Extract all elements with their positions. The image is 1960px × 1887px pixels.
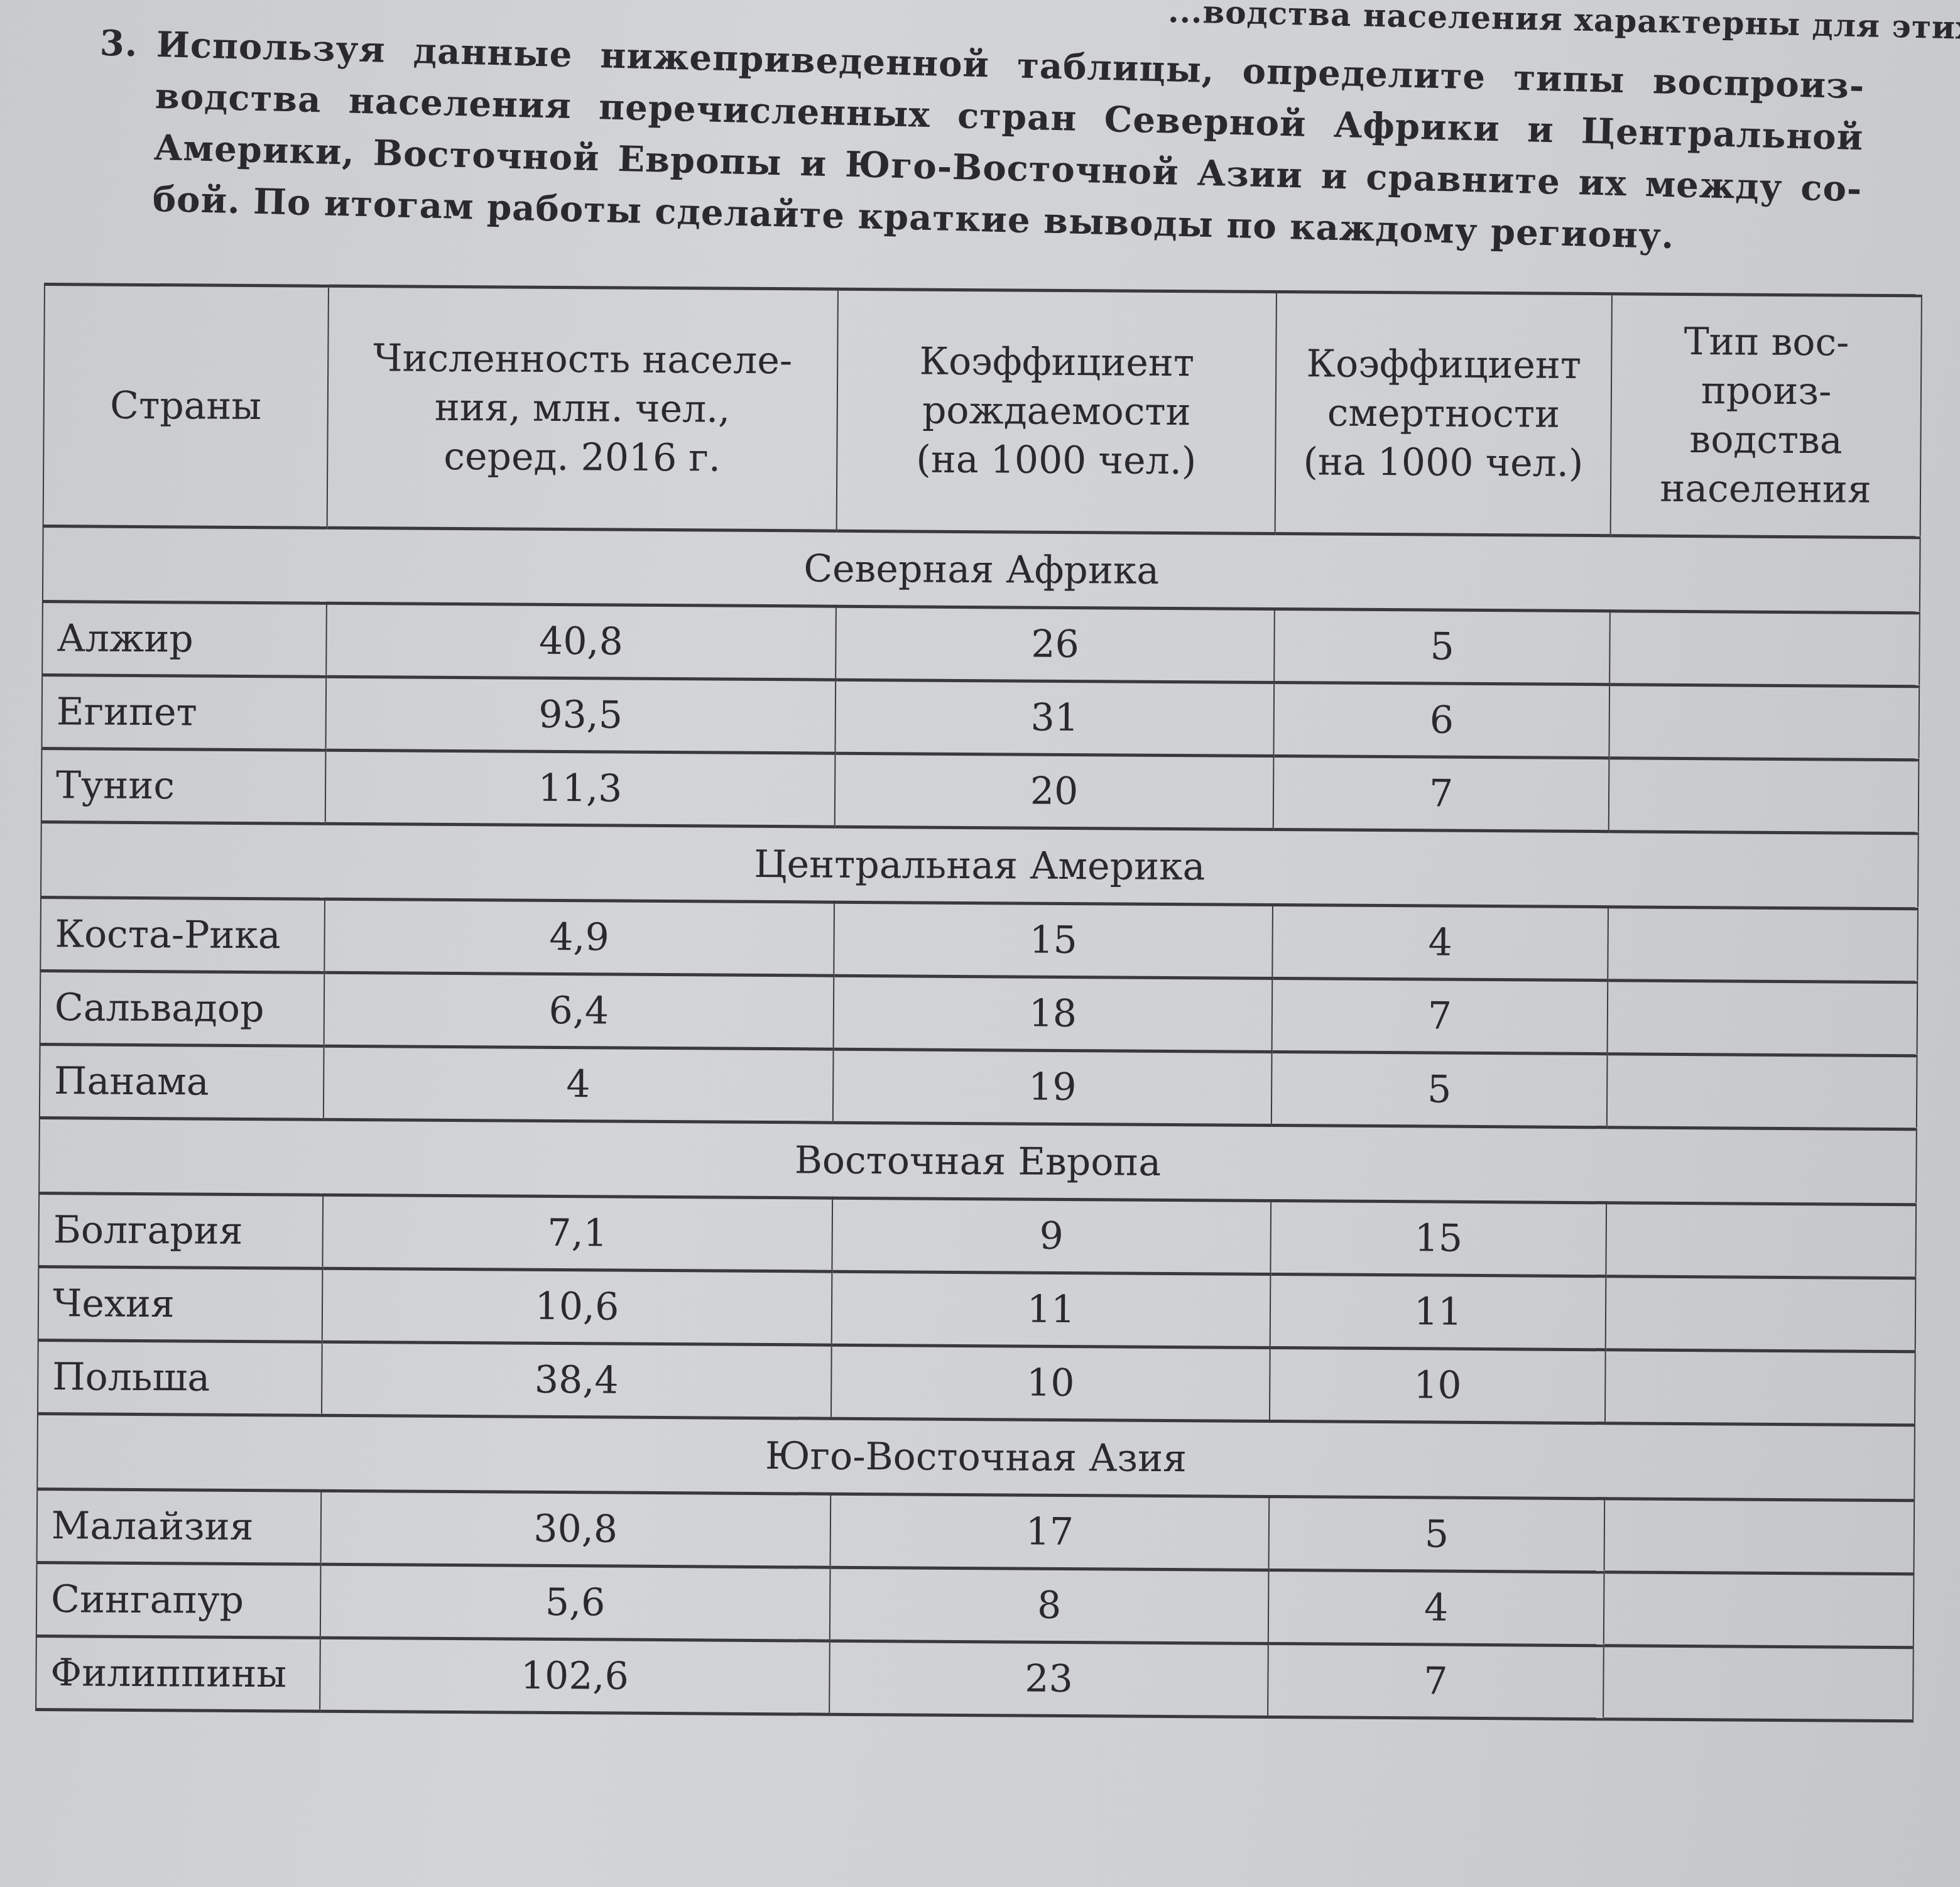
table-row: Алжир 40,8 26 5 <box>42 601 1920 686</box>
cell-death-rate: 11 <box>1270 1274 1606 1349</box>
header-birth-rate: Коэффициент рождаемости (на 1000 чел.) <box>837 289 1277 533</box>
cell-birth-rate: 15 <box>834 902 1273 978</box>
cell-death-rate: 7 <box>1272 978 1608 1053</box>
header-country: Страны <box>43 285 329 528</box>
region-row: Северная Африка <box>43 526 1920 612</box>
cell-population: 30,8 <box>320 1491 830 1567</box>
header-line: водства <box>1621 415 1910 465</box>
cell-birth-rate: 11 <box>832 1271 1271 1347</box>
cell-reproduction-type <box>1609 611 1920 687</box>
region-row: Восточная Европа <box>39 1118 1917 1204</box>
header-line: произ- <box>1622 366 1910 416</box>
cell-birth-rate: 9 <box>832 1198 1271 1274</box>
cell-population: 38,4 <box>322 1342 832 1418</box>
cell-population: 4,9 <box>324 899 834 976</box>
cell-reproduction-type <box>1603 1646 1914 1721</box>
cell-reproduction-type <box>1607 1054 1917 1129</box>
cell-birth-rate: 10 <box>831 1345 1270 1421</box>
task-text: Используя данные нижеприведенной таблицы… <box>152 19 1865 266</box>
table-row: Польша 38,4 10 10 <box>38 1340 1915 1425</box>
cell-birth-rate: 26 <box>836 606 1275 682</box>
cell-birth-rate: 8 <box>830 1567 1269 1643</box>
header-line: ния, млн. чел., <box>338 383 827 435</box>
cell-birth-rate: 19 <box>833 1049 1272 1125</box>
cell-birth-rate: 31 <box>835 680 1274 756</box>
cell-reproduction-type <box>1604 1572 1914 1648</box>
textbook-page: ...водства населения характерны для этих… <box>0 0 1960 1887</box>
cell-country: Чехия <box>38 1266 322 1342</box>
cell-country: Филиппины <box>36 1636 320 1711</box>
cell-reproduction-type <box>1605 1350 1915 1425</box>
table-row: Сингапур 5,6 8 4 <box>36 1562 1914 1647</box>
header-line: Численность населе- <box>339 334 827 386</box>
cell-country: Коста-Рика <box>40 897 324 972</box>
cell-population: 4 <box>324 1046 834 1123</box>
header-line: рождаемости <box>847 386 1265 437</box>
cell-country: Сингапур <box>36 1562 320 1638</box>
cell-population: 102,6 <box>320 1638 830 1714</box>
cell-reproduction-type <box>1606 1276 1916 1352</box>
cell-reproduction-type <box>1609 685 1920 760</box>
reproduction-table: Страны Численность населе- ния, млн. чел… <box>35 283 1922 1722</box>
task-number: 3. <box>99 18 138 70</box>
cell-country: Польша <box>38 1340 322 1415</box>
cell-death-rate: 5 <box>1269 1496 1605 1572</box>
header-line: Тип вос- <box>1622 317 1910 367</box>
region-name: Северная Африка <box>43 526 1920 612</box>
table-body: Северная Африка Алжир 40,8 26 5 Египет 9… <box>36 526 1920 1721</box>
header-line: Коэффициент <box>848 337 1266 388</box>
cell-reproduction-type <box>1604 1499 1915 1574</box>
header-line: (на 1000 чел.) <box>1286 437 1600 488</box>
cell-country: Панама <box>40 1044 324 1119</box>
cell-population: 5,6 <box>320 1564 830 1641</box>
header-reproduction-type: Тип вос- произ- водства населения <box>1611 294 1922 538</box>
cell-death-rate: 5 <box>1274 609 1610 684</box>
task-3: 3. Используя данные нижеприведенной табл… <box>152 19 1865 266</box>
cell-birth-rate: 18 <box>834 976 1273 1052</box>
header-line: (на 1000 чел.) <box>847 435 1265 486</box>
previous-task-fragment: ...водства населения характерны для этих <box>1168 0 1960 46</box>
table-row: Чехия 10,6 11 11 <box>38 1266 1916 1351</box>
cell-reproduction-type <box>1606 1203 1916 1278</box>
cell-population: 10,6 <box>322 1268 832 1345</box>
cell-death-rate: 4 <box>1268 1570 1604 1645</box>
header-population: Численность населе- ния, млн. чел., сере… <box>327 286 838 531</box>
cell-country: Болгария <box>38 1193 322 1268</box>
cell-population: 7,1 <box>322 1195 832 1271</box>
cell-country: Алжир <box>42 601 326 677</box>
header-line: смертности <box>1287 388 1601 439</box>
cell-death-rate: 7 <box>1268 1643 1604 1719</box>
header-line: Коэффициент <box>1287 339 1601 390</box>
cell-birth-rate: 20 <box>835 753 1274 829</box>
region-name: Восточная Европа <box>39 1118 1917 1204</box>
table-header-row: Страны Численность населе- ния, млн. чел… <box>43 285 1922 538</box>
cell-birth-rate: 23 <box>829 1641 1268 1717</box>
region-row: Центральная Америка <box>41 822 1919 908</box>
header-death-rate: Коэффициент смертности (на 1000 чел.) <box>1275 291 1612 535</box>
cell-reproduction-type <box>1608 981 1918 1056</box>
cell-country: Сальвадор <box>40 971 324 1046</box>
table-row: Малайзия 30,8 17 5 <box>37 1489 1915 1574</box>
region-name: Юго-Восточная Азия <box>37 1413 1915 1500</box>
table-row: Египет 93,5 31 6 <box>41 675 1919 759</box>
cell-population: 6,4 <box>324 972 834 1049</box>
cell-death-rate: 7 <box>1273 756 1609 831</box>
cell-country: Тунис <box>41 748 325 824</box>
cell-death-rate: 5 <box>1271 1052 1608 1127</box>
header-line: населения <box>1621 464 1910 514</box>
cell-country: Малайзия <box>37 1489 321 1564</box>
cell-population: 40,8 <box>326 603 836 680</box>
cell-population: 11,3 <box>325 750 836 827</box>
table-row: Тунис 11,3 20 7 <box>41 748 1919 833</box>
region-row: Юго-Восточная Азия <box>37 1413 1915 1500</box>
cell-birth-rate: 17 <box>830 1494 1269 1570</box>
table-row: Филиппины 102,6 23 7 <box>36 1636 1914 1721</box>
region-name: Центральная Америка <box>41 822 1919 908</box>
table-row: Коста-Рика 4,9 15 4 <box>40 897 1918 982</box>
cell-country: Египет <box>41 675 325 750</box>
table-row: Сальвадор 6,4 18 7 <box>40 971 1918 1055</box>
header-line: серед. 2016 г. <box>338 432 827 484</box>
cell-reproduction-type <box>1609 758 1919 834</box>
table-row: Болгария 7,1 9 15 <box>38 1193 1916 1278</box>
table-row: Панама 4 19 5 <box>40 1044 1917 1129</box>
cell-population: 93,5 <box>325 677 836 753</box>
cell-death-rate: 4 <box>1272 905 1608 980</box>
cell-death-rate: 15 <box>1271 1200 1607 1276</box>
cell-death-rate: 6 <box>1274 682 1610 758</box>
cell-death-rate: 10 <box>1270 1347 1606 1423</box>
cell-reproduction-type <box>1608 907 1918 982</box>
